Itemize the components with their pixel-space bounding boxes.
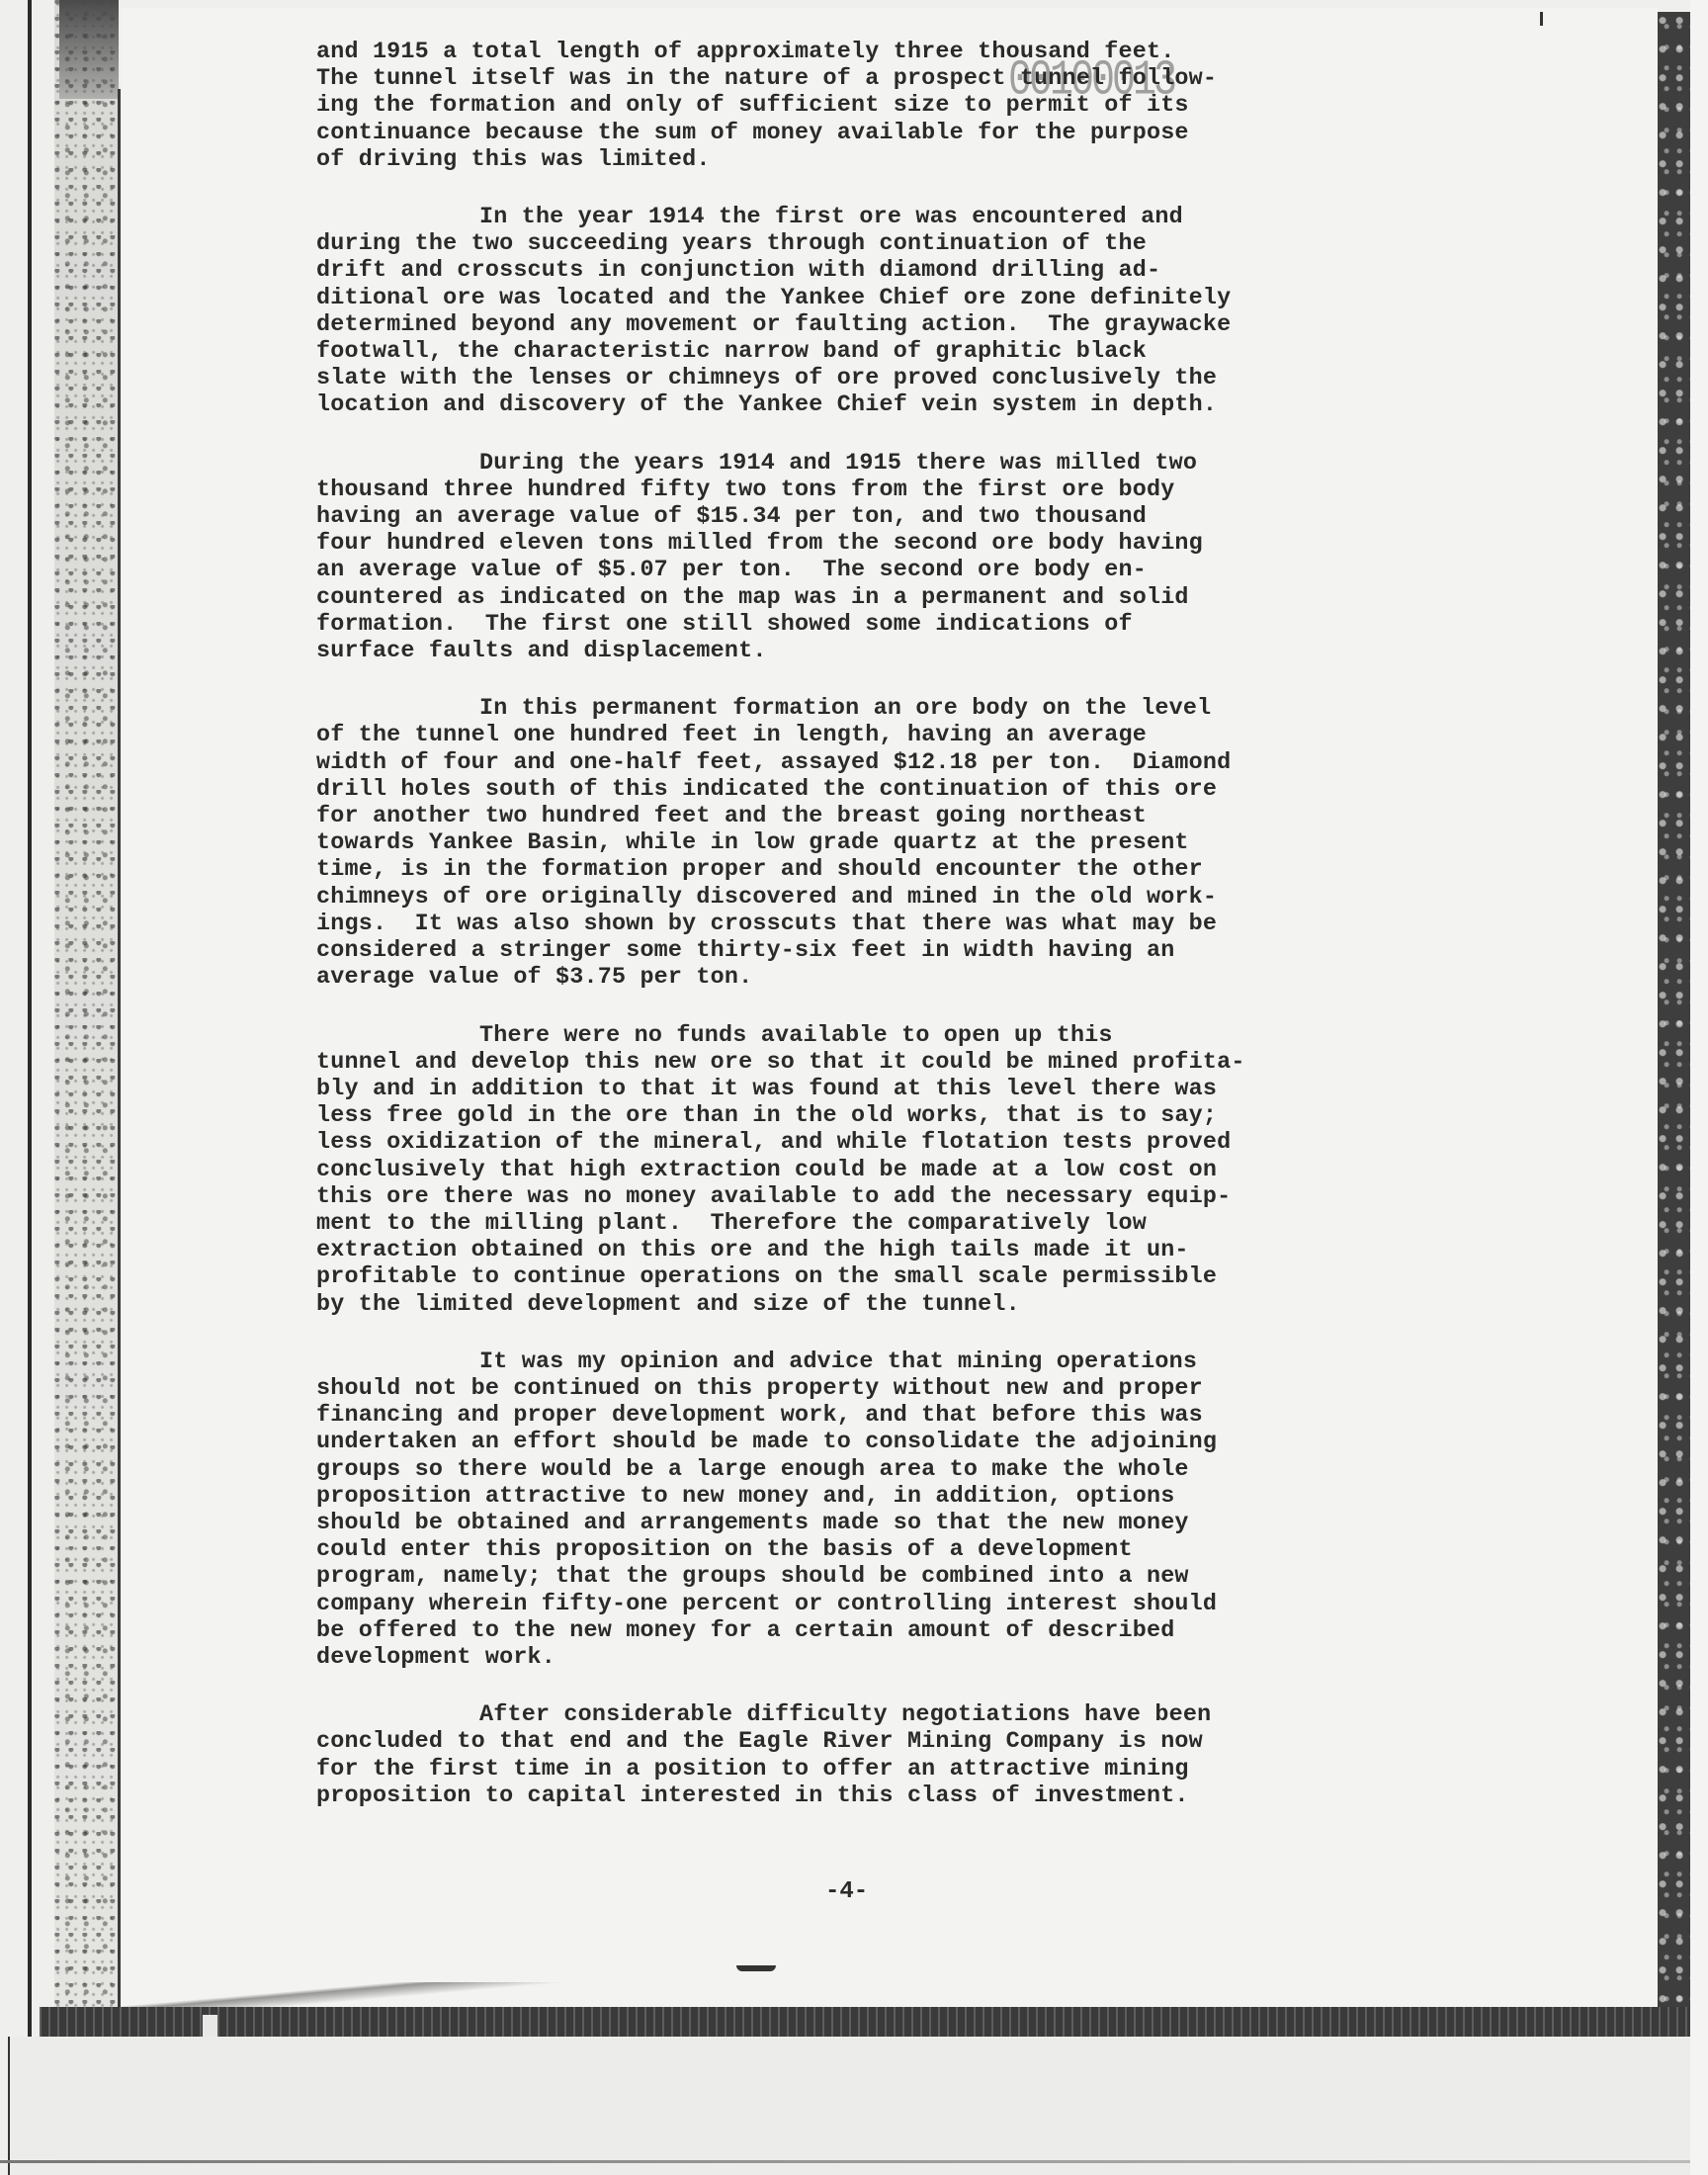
top-right-mark [1540, 12, 1543, 26]
text-line: of the tunnel one hundred feet in length… [316, 723, 1423, 749]
text-line: It was my opinion and advice that mining… [316, 1349, 1423, 1376]
bottom-band-gap [203, 2015, 217, 2037]
text-line: less oxidization of the mineral, and whi… [316, 1130, 1423, 1157]
text-line: should not be continued on this property… [316, 1376, 1423, 1403]
text-line: four hundred eleven tons milled from the… [316, 531, 1423, 558]
right-margin [1690, 0, 1708, 2175]
text-line: during the two succeeding years through … [316, 231, 1423, 258]
text-line: profitable to continue operations on the… [316, 1264, 1423, 1291]
text-line: During the years 1914 and 1915 there was… [316, 451, 1423, 478]
text-line: width of four and one-half feet, assayed… [316, 750, 1423, 777]
text-line: of driving this was limited. [316, 147, 1423, 174]
text-line: conclusively that high extraction could … [316, 1158, 1423, 1184]
left-border-line [28, 0, 32, 2145]
bottom-dark-band [40, 2007, 1690, 2037]
left-page-edge [118, 89, 121, 2017]
text-line: undertaken an effort should be made to c… [316, 1430, 1423, 1456]
text-line: countered as indicated on the map was in… [316, 585, 1423, 612]
bottom-smudge [43, 1982, 637, 2007]
text-line: ing the formation and only of sufficient… [316, 93, 1423, 120]
text-line: by the limited development and size of t… [316, 1292, 1423, 1319]
text-line: for another two hundred feet and the bre… [316, 804, 1423, 830]
text-line: company wherein fifty-one percent or con… [316, 1592, 1423, 1618]
text-line: footwall, the characteristic narrow band… [316, 339, 1423, 366]
text-line: continuance because the sum of money ava… [316, 121, 1423, 147]
text-line: slate with the lenses or chimneys of ore… [316, 366, 1423, 392]
paragraph: and 1915 a total length of approximately… [316, 40, 1423, 174]
text-line: proposition attractive to new money and,… [316, 1484, 1423, 1511]
left-dark-smudge [59, 0, 119, 99]
text-line: ings. It was also shown by crosscuts tha… [316, 912, 1423, 938]
text-line: this ore there was no money available to… [316, 1184, 1423, 1211]
text-line: time, is in the formation proper and sho… [316, 857, 1423, 884]
text-line: thousand three hundred fifty two tons fr… [316, 478, 1423, 504]
text-line: development work. [316, 1645, 1423, 1672]
text-line: location and discovery of the Yankee Chi… [316, 392, 1423, 419]
lower-blank-area [8, 2037, 1690, 2175]
text-line: program, namely; that the groups should … [316, 1564, 1423, 1591]
text-line: groups so there would be a large enough … [316, 1457, 1423, 1484]
text-line: and 1915 a total length of approximately… [316, 40, 1423, 66]
text-line: having an average value of $15.34 per to… [316, 504, 1423, 531]
paragraph: There were no funds available to open up… [316, 1023, 1423, 1319]
text-line: should be obtained and arrangements made… [316, 1511, 1423, 1537]
text-line: determined beyond any movement or faulti… [316, 312, 1423, 339]
text-line: formation. The first one still showed so… [316, 612, 1423, 639]
text-line: concluded to that end and the Eagle Rive… [316, 1729, 1423, 1756]
paragraph: After considerable difficulty negotiatio… [316, 1702, 1423, 1810]
text-line: After considerable difficulty negotiatio… [316, 1702, 1423, 1729]
text-line: could enter this proposition on the basi… [316, 1537, 1423, 1564]
text-line: tunnel and develop this new ore so that … [316, 1050, 1423, 1077]
text-line: less free gold in the ore than in the ol… [316, 1103, 1423, 1130]
text-line: extraction obtained on this ore and the … [316, 1238, 1423, 1264]
paragraph: It was my opinion and advice that mining… [316, 1349, 1423, 1672]
text-line: bly and in addition to that it was found… [316, 1077, 1423, 1103]
text-line: In the year 1914 the first ore was encou… [316, 205, 1423, 231]
text-line: for the first time in a position to offe… [316, 1757, 1423, 1783]
text-line: drift and crosscuts in conjunction with … [316, 258, 1423, 285]
text-line: an average value of $5.07 per ton. The s… [316, 558, 1423, 584]
text-line: In this permanent formation an ore body … [316, 696, 1423, 723]
text-line: ment to the milling plant. Therefore the… [316, 1211, 1423, 1238]
bottom-rule [0, 2160, 1690, 2163]
text-line: surface faults and displacement. [316, 639, 1423, 665]
bottom-ink-mark [736, 1965, 776, 1971]
text-line: drill holes south of this indicated the … [316, 777, 1423, 804]
text-line: chimneys of ore originally discovered an… [316, 885, 1423, 912]
text-line: average value of $3.75 per ton. [316, 965, 1423, 992]
document-body: and 1915 a total length of approximately… [316, 40, 1423, 1841]
page-number: -4- [825, 1878, 868, 1905]
paragraph: In this permanent formation an ore body … [316, 696, 1423, 992]
text-line: proposition to capital interested in thi… [316, 1783, 1423, 1810]
text-line: be offered to the new money for a certai… [316, 1618, 1423, 1645]
text-line: ditional ore was located and the Yankee … [316, 286, 1423, 312]
text-line: considered a stringer some thirty-six fe… [316, 938, 1423, 965]
left-speckle-band [54, 0, 119, 2037]
paragraph: In the year 1914 the first ore was encou… [316, 205, 1423, 420]
paragraph: During the years 1914 and 1915 there was… [316, 451, 1423, 666]
text-line: towards Yankee Basin, while in low grade… [316, 830, 1423, 857]
right-dark-band [1658, 12, 1690, 2029]
text-line: There were no funds available to open up… [316, 1023, 1423, 1050]
text-line: The tunnel itself was in the nature of a… [316, 66, 1423, 93]
text-line: financing and proper development work, a… [316, 1403, 1423, 1430]
